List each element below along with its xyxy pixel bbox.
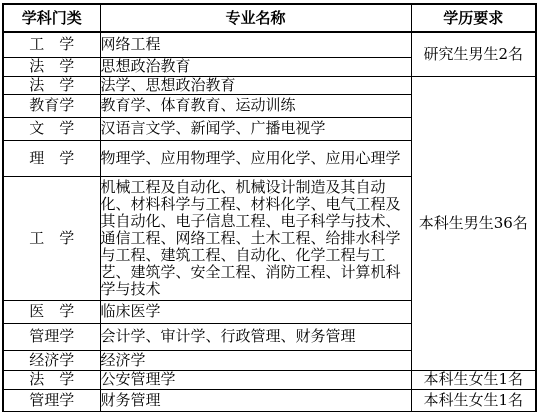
majors-cell: 法学、思想政治教育 xyxy=(100,76,411,94)
subject-cell: 教育学 xyxy=(3,94,100,117)
subject-cell: 理 学 xyxy=(3,140,100,176)
requirement-cell: 研究生男生2名 xyxy=(411,32,536,76)
subject-cell: 法 学 xyxy=(3,57,100,76)
table-row: 法 学 公安管理学 本科生女生1名 xyxy=(3,370,536,389)
document-page: 学科门类 专业名称 学历要求 工 学 网络工程 研究生男生2名 法 学 思想政治… xyxy=(0,0,539,412)
subject-cell: 文 学 xyxy=(3,117,100,140)
table-row: 管理学 财务管理 本科生女生1名 xyxy=(3,389,536,412)
subject-cell: 工 学 xyxy=(3,176,100,300)
subject-cell: 经济学 xyxy=(3,350,100,370)
majors-cell: 经济学 xyxy=(100,350,411,370)
majors-cell: 会计学、审计学、行政管理、财务管理 xyxy=(100,323,411,350)
majors-cell: 思想政治教育 xyxy=(100,57,411,76)
subject-cell: 法 学 xyxy=(3,370,100,389)
requirement-cell: 本科生女生1名 xyxy=(411,389,536,412)
majors-cell: 公安管理学 xyxy=(100,370,411,389)
subject-cell: 管理学 xyxy=(3,323,100,350)
majors-cell: 临床医学 xyxy=(100,300,411,323)
majors-cell: 财务管理 xyxy=(100,389,411,412)
majors-cell: 机械工程及自动化、机械设计制造及其自动化、材料科学与工程、材料化学、电气工程及其… xyxy=(100,176,411,300)
recruitment-requirements-table: 学科门类 专业名称 学历要求 工 学 网络工程 研究生男生2名 法 学 思想政治… xyxy=(2,3,537,412)
requirement-cell: 本科生女生1名 xyxy=(411,370,536,389)
majors-cell: 教育学、体育教育、运动训练 xyxy=(100,94,411,117)
subject-cell: 法 学 xyxy=(3,76,100,94)
majors-cell: 网络工程 xyxy=(100,32,411,57)
table-header-row: 学科门类 专业名称 学历要求 xyxy=(3,4,536,32)
column-header-education-requirement: 学历要求 xyxy=(411,4,536,32)
majors-cell: 汉语言文学、新闻学、广播电视学 xyxy=(100,117,411,140)
subject-cell: 医 学 xyxy=(3,300,100,323)
subject-cell: 管理学 xyxy=(3,389,100,412)
column-header-major-name: 专业名称 xyxy=(100,4,411,32)
table-row: 工 学 网络工程 研究生男生2名 xyxy=(3,32,536,57)
subject-cell: 工 学 xyxy=(3,32,100,57)
majors-cell: 物理学、应用物理学、应用化学、应用心理学 xyxy=(100,140,411,176)
requirement-cell: 本科生男生36名 xyxy=(411,76,536,370)
column-header-subject-category: 学科门类 xyxy=(3,4,100,32)
table-row: 法 学 法学、思想政治教育 本科生男生36名 xyxy=(3,76,536,94)
